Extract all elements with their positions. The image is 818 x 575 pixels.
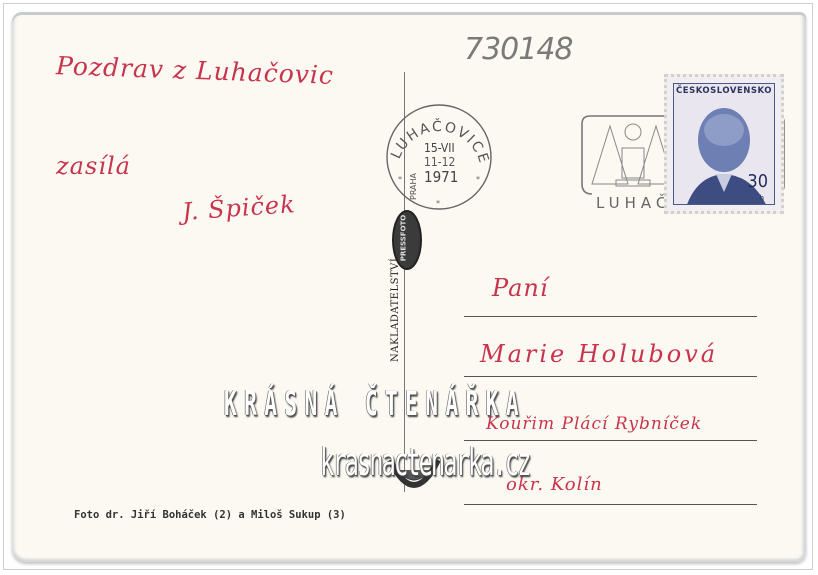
- address-line-1: Paní: [492, 274, 549, 302]
- address-rule-1: [464, 316, 757, 317]
- svg-text:*: *: [476, 175, 480, 184]
- postcard: Pozdrav z Luhačovic zasílá J. Špiček 730…: [12, 12, 806, 562]
- pencil-inventory-number: 730148: [464, 32, 573, 67]
- address-rule-2: [464, 376, 757, 377]
- publisher-name: NAKLADATELSTVÍ: [390, 258, 401, 362]
- watermark-url: krasnactenarka.cz: [320, 440, 530, 484]
- photo-credit: Foto dr. Jiří Boháček (2) a Miloš Sukup …: [74, 509, 346, 521]
- greeting-line-2: zasílá: [56, 152, 131, 180]
- watermark-title: KRÁSNÁ ČTENÁŘKA: [224, 384, 526, 424]
- svg-text:*: *: [398, 175, 402, 184]
- svg-text:1971: 1971: [424, 168, 458, 186]
- stamp-unit: h: [760, 194, 764, 202]
- address-line-2: Marie Holubová: [480, 340, 718, 368]
- greeting-signature: J. Špiček: [181, 190, 296, 226]
- postage-stamp: ČESKOSLOVENSKO 30 h: [664, 74, 784, 214]
- postmark-icon: LUHAČOVICE 15-VII 11-12 1971 PRAHA * * *: [384, 102, 494, 212]
- svg-text:*: *: [436, 199, 440, 208]
- svg-text:11-12: 11-12: [424, 155, 455, 169]
- stamp-country: ČESKOSLOVENSKO: [674, 86, 774, 96]
- greeting-line-1: Pozdrav z Luhačovic: [56, 51, 335, 90]
- stamp-value: 30: [747, 171, 768, 192]
- address-rule-4: [464, 504, 757, 505]
- svg-text:15-VII: 15-VII: [424, 141, 455, 155]
- svg-text:PRAHA: PRAHA: [409, 172, 418, 200]
